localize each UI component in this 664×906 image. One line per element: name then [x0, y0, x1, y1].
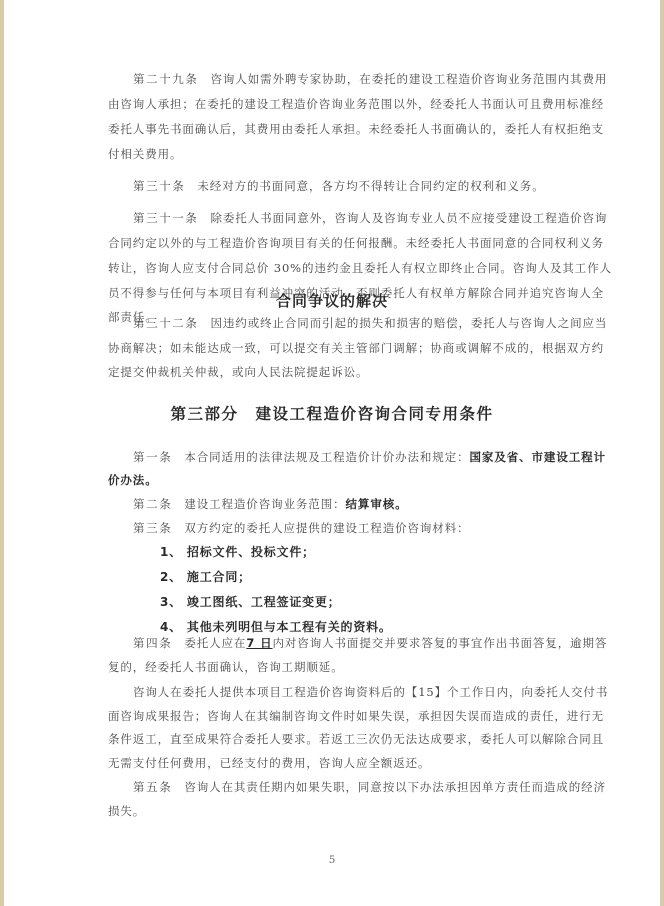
special-article-2: 第二条建设工程造价咨询业务范围：结算审核。 [133, 496, 565, 512]
article-label: 第三十一条 [133, 211, 199, 225]
article-31-line-2: 合同约定以外的与工程造价咨询项目有关的任何报酬。未经委托人书面同意的合同权利义务 [108, 235, 565, 251]
article-label: 第三十条 [133, 179, 185, 193]
special-article-5-line-2: 损失。 [108, 803, 565, 819]
article-29-line-1: 第二十九条咨询人如需外聘专家协助，在委托的建设工程造价咨询业务范围内其费用 [133, 71, 565, 87]
article-text: 本合同适用的法律法规及工程造价计价办法和规定： [184, 450, 469, 464]
special-article-1-line-2: 价办法。 [108, 472, 565, 488]
article-text: 咨询人在其责任期内如果失职，同意按以下办法承担因单方责任而造成的经济 [184, 780, 606, 794]
article-label: 第二十九条 [133, 72, 199, 86]
materials-list-item-4: 4、 其他未列明但与本工程有关的资料。 [160, 619, 392, 635]
article-29-line-3: 委托人事先书面确认后，其费用由委托人承担。未经委托人书面确认的，委托人有权拒绝支 [108, 121, 565, 137]
materials-list-item-2: 2、 施工合同； [160, 569, 251, 585]
special-article-4-para-2-line-1: 咨询人在委托人提供本项目工程造价咨询资料后的【15】个工作日内，向委托人交付书 [133, 684, 565, 700]
article-text: 内对咨询人书面提交并要求答复的事宜作出书面答复，逾期答 [273, 636, 608, 650]
article-32-line-3: 定提交仲裁机关仲裁，或向人民法院提起诉讼。 [108, 364, 565, 380]
article-text: 建设工程造价咨询业务范围： [184, 497, 345, 511]
special-article-4-line-1: 第四条委托人应在7 日内对咨询人书面提交并要求答复的事宜作出书面答复，逾期答 [133, 635, 565, 651]
article-label: 第二条 [133, 497, 172, 511]
section-heading-dispute: 合同争议的解决 [0, 290, 664, 311]
article-text: 咨询人如需外聘专家协助，在委托的建设工程造价咨询业务范围内其费用 [211, 72, 608, 86]
article-text: 未经对方的书面同意，各方均不得转让合同约定的权利和义务。 [197, 179, 544, 193]
response-days-value: 7 日 [246, 636, 272, 650]
article-text: 双方约定的委托人应提供的建设工程造价咨询材料： [184, 521, 469, 535]
article-31-line-3: 转让，咨询人应支付合同总价 30%的违约金且委托人有权立即终止合同。咨询人及其工… [108, 260, 565, 276]
article-30-line-1: 第三十条未经对方的书面同意，各方均不得转让合同约定的权利和义务。 [133, 178, 565, 194]
materials-list-item-3: 3、 竣工图纸、工程签证变更； [160, 594, 341, 610]
article-29-line-4: 付相关费用。 [108, 146, 565, 162]
article-32-line-1: 第三十二条因违约或终止合同而引起的损失和损害的赔偿，委托人与咨询人之间应当 [133, 315, 565, 331]
document-page: 第二十九条咨询人如需外聘专家协助，在委托的建设工程造价咨询业务范围内其费用 由咨… [0, 0, 664, 906]
page-number: 5 [0, 855, 664, 866]
special-article-4-para-2-line-4: 无需支付任何费用，已经支付的费用，咨询人应全额返还。 [108, 755, 565, 771]
article-label: 第三条 [133, 521, 172, 535]
article-label: 第三十二条 [133, 316, 199, 330]
article-text: 委托人应在 [184, 636, 246, 650]
special-article-4-para-2-line-2: 面咨询成果报告；咨询人在其编制咨询文件时如果失误，承担因失误而造成的责任，进行无 [108, 708, 565, 724]
special-article-1-line-1: 第一条本合同适用的法律法规及工程造价计价办法和规定：国家及省、市建设工程计 [133, 449, 565, 465]
article-text: 除委托人书面同意外，咨询人及咨询专业人员不应接受建设工程造价咨询 [211, 211, 608, 225]
article-label: 第四条 [133, 636, 172, 650]
article-label: 第五条 [133, 780, 172, 794]
materials-list-item-1: 1、 招标文件、投标文件； [160, 544, 315, 560]
special-article-3: 第三条双方约定的委托人应提供的建设工程造价咨询材料： [133, 520, 565, 536]
article-bold-text: 国家及省、市建设工程计 [470, 450, 606, 464]
special-article-5-line-1: 第五条咨询人在其责任期内如果失职，同意按以下办法承担因单方责任而造成的经济 [133, 779, 565, 795]
special-article-4-para-2-line-3: 条件返工，直至成果符合委托人要求。若返工三次仍无法达成要求，委托人可以解除合同且 [108, 731, 565, 747]
article-label: 第一条 [133, 450, 172, 464]
article-29-line-2: 由咨询人承担；在委托的建设工程造价咨询业务范围以外，经委托人书面认可且费用标准经 [108, 96, 565, 112]
article-31-line-1: 第三十一条除委托人书面同意外，咨询人及咨询专业人员不应接受建设工程造价咨询 [133, 210, 565, 226]
article-32-line-2: 协商解决；如未能达成一致，可以提交有关主管部门调解；协商或调解不成的，根据双方约 [108, 340, 565, 356]
special-article-4-line-2: 复的，经委托人书面确认，咨询工期顺延。 [108, 659, 565, 675]
part-3-heading: 第三部分 建设工程造价咨询合同专用条件 [0, 402, 664, 424]
article-bold-text: 价办法。 [108, 473, 158, 487]
article-bold-text: 结算审核。 [346, 497, 408, 511]
article-text: 因违约或终止合同而引起的损失和损害的赔偿，委托人与咨询人之间应当 [211, 316, 608, 330]
